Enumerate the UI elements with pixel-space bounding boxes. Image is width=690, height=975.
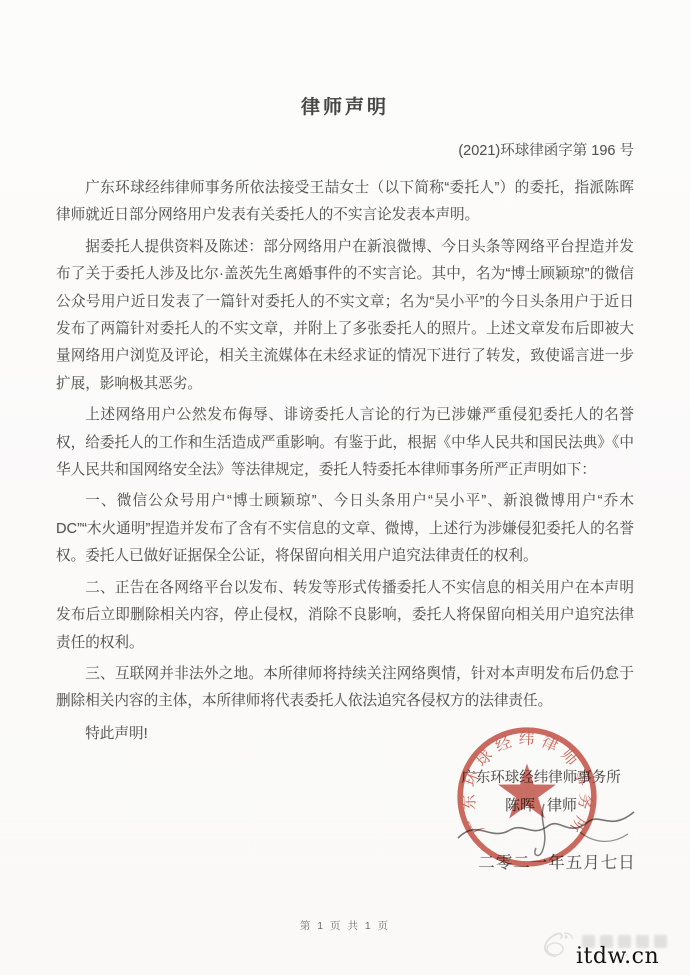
document-body: 广东环球经纬律师事务所依法接受王喆女士（以下简称“委托人”）的委托，指派陈晖律师…: [0, 175, 690, 748]
paragraph-legal-basis: 上述网络用户公然发布侮辱、诽谤委托人言论的行为已涉嫌严重侵犯委托人的名誉权，给委…: [56, 402, 634, 484]
handwritten-signature: [452, 798, 642, 860]
statement-item-2: 二、正告在各网络平台以发布、转发等形式传播委托人不实信息的相关用户在本声明发布后…: [56, 575, 634, 657]
reference-number: (2021)环球律函字第 196 号: [0, 139, 690, 160]
paragraph-intro: 广东环球经纬律师事务所依法接受王喆女士（以下简称“委托人”）的委托，指派陈晖律师…: [56, 175, 634, 230]
document-title: 律师声明: [0, 0, 690, 119]
paragraph-facts: 据委托人提供资料及陈述：部分网络用户在新浪微博、今日头条等网络平台捏造并发布了关…: [56, 234, 634, 398]
statement-item-1: 一、微信公众号用户“博士顾颖琼”、今日头条用户“吴小平”、新浪微博用户“乔木 D…: [56, 488, 634, 570]
site-watermark-text: itdw.cn: [576, 944, 659, 969]
statement-item-3: 三、互联网并非法外之地。本所律师将持续关注网络舆情，针对本声明发布后仍怠于删除相…: [56, 661, 634, 716]
lawyer-statement-document: 律师声明 (2021)环球律函字第 196 号 广东环球经纬律师事务所依法接受王…: [0, 0, 690, 975]
weibo-icon: [542, 931, 576, 961]
